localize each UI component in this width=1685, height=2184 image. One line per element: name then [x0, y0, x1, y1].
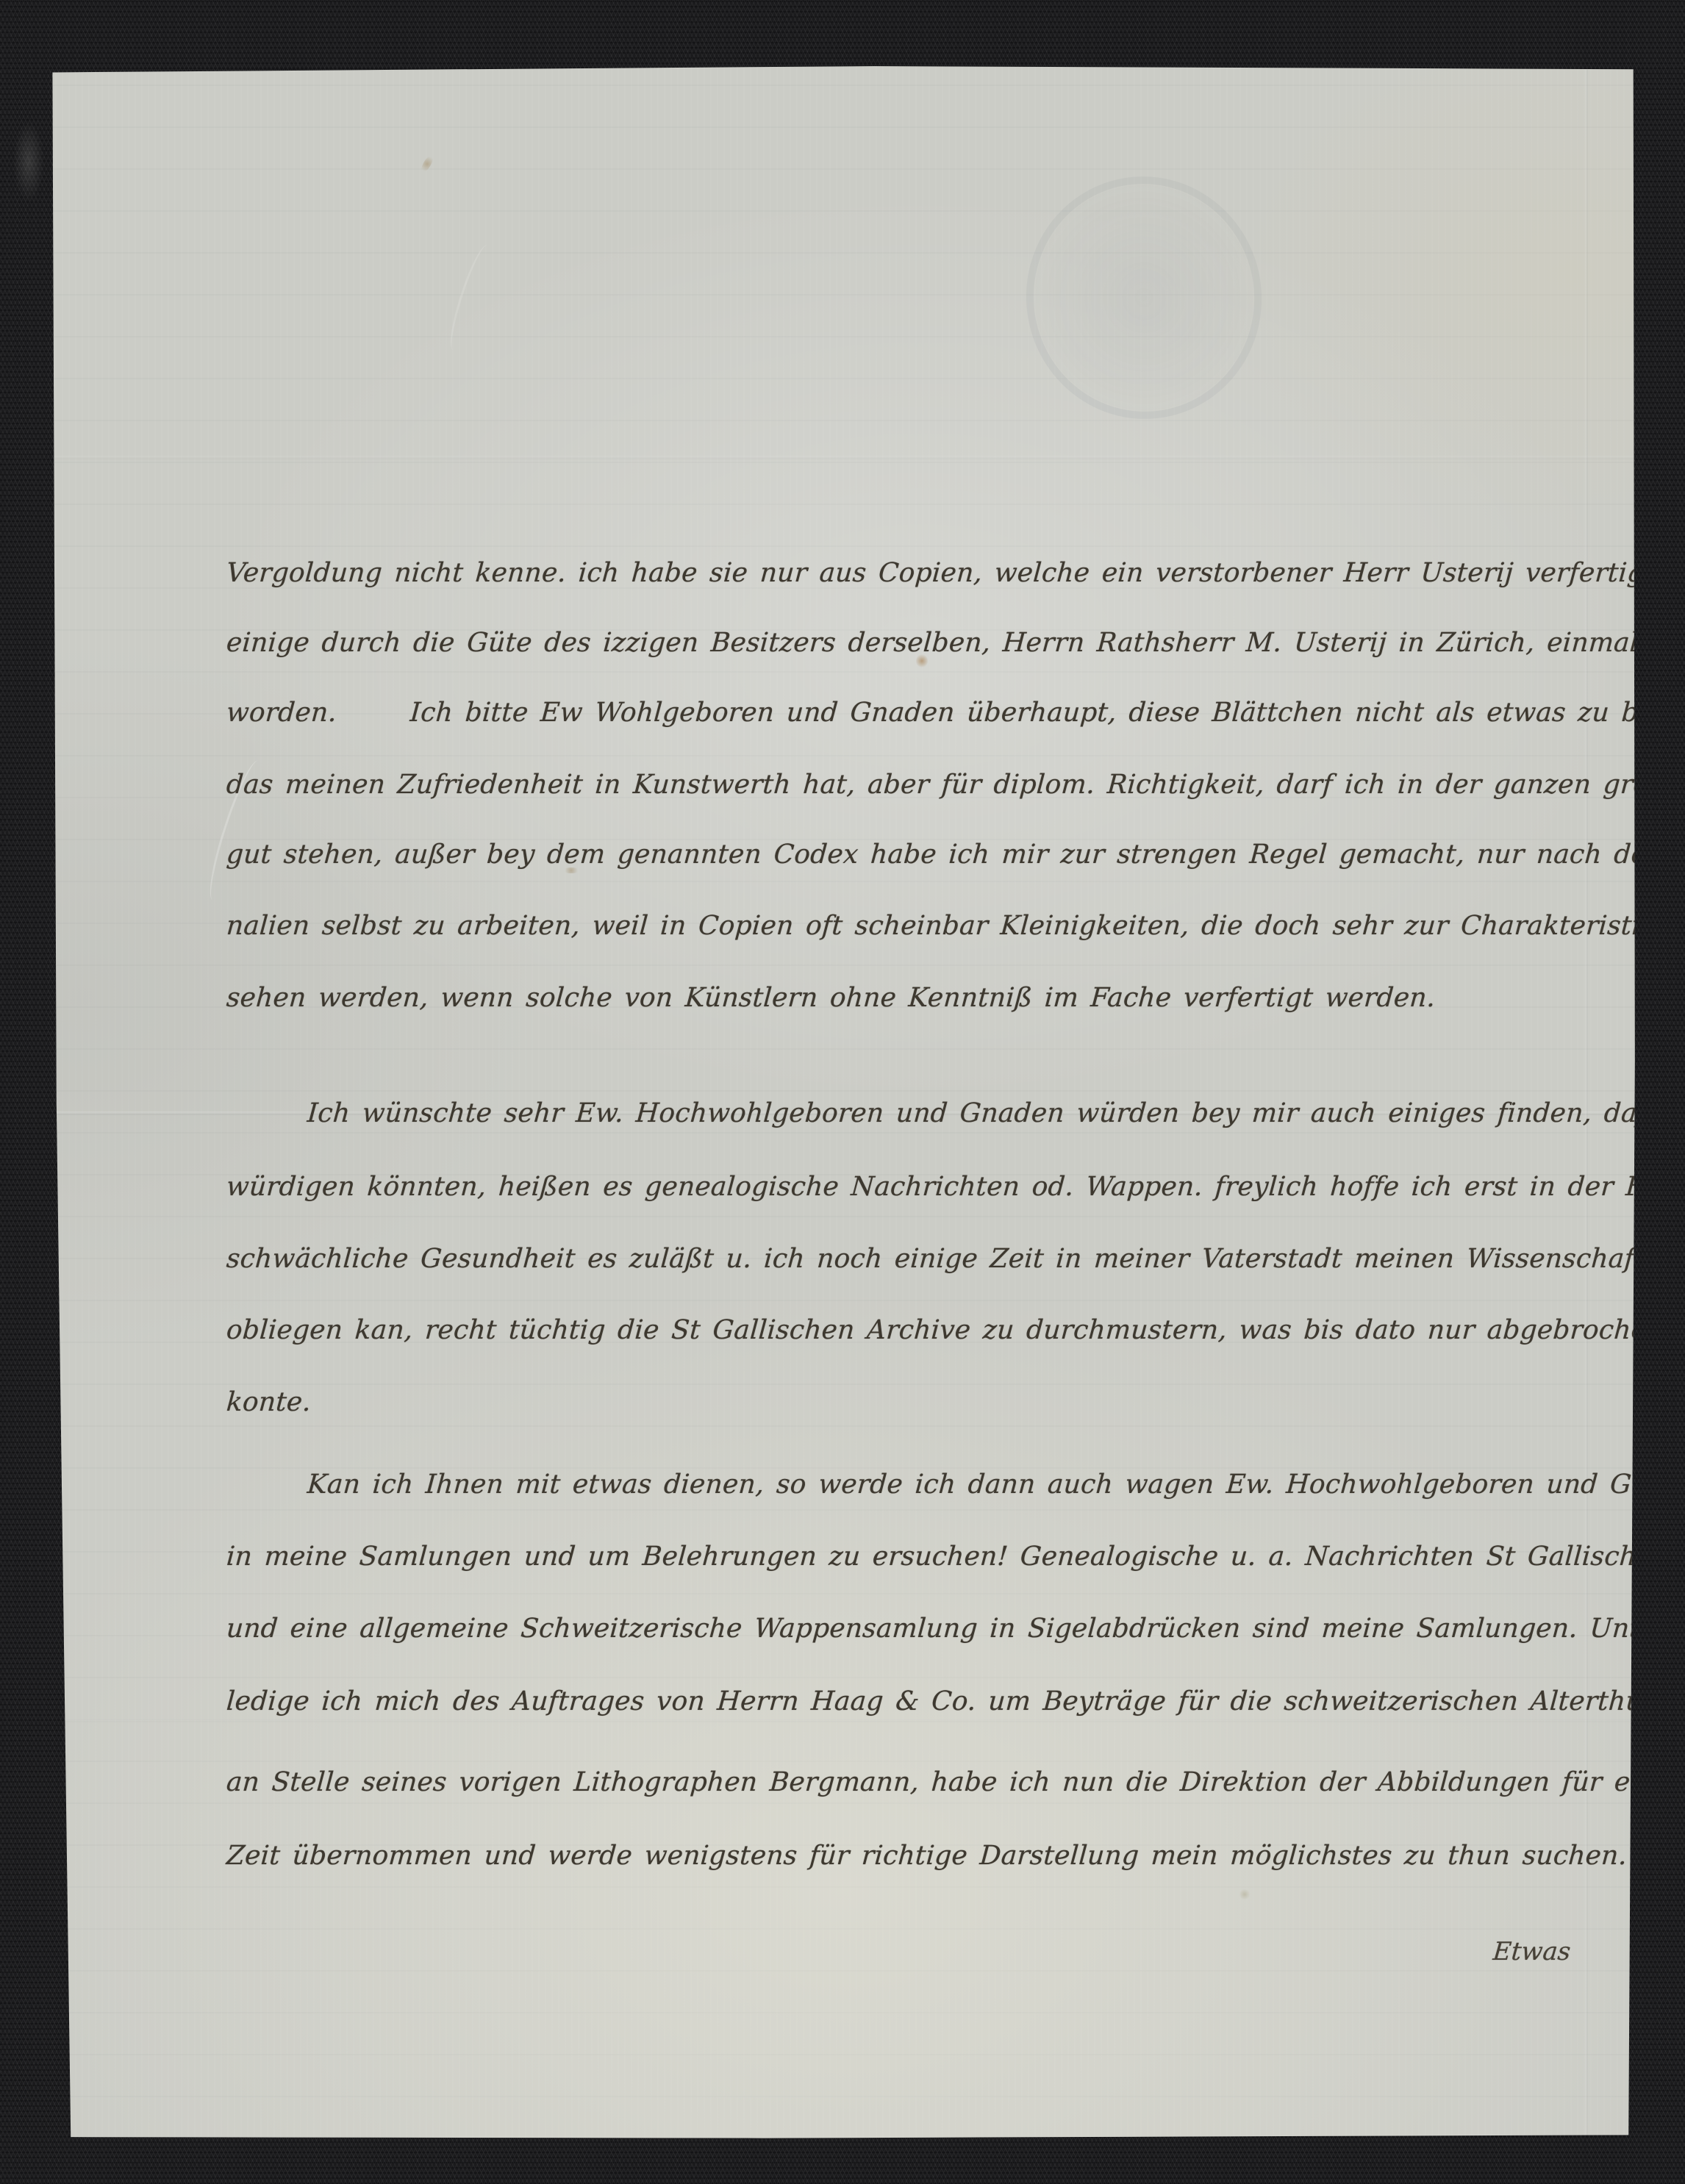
handwritten-line: nalien selbst zu arbeiten, weil in Copie… [225, 910, 1609, 942]
handwritten-line: würdigen könnten, heißen es genealogisch… [225, 1171, 1609, 1203]
handwritten-line: konte. [225, 1386, 1609, 1418]
handwritten-line: Zeit übernommen und werde wenigstens für… [225, 1840, 1609, 1872]
handwritten-line: an Stelle seines vorigen Lithographen Be… [225, 1766, 1609, 1798]
stamp-showthrough [1011, 161, 1278, 434]
handwritten-line: Vergoldung nicht kenne. ich habe sie nur… [225, 557, 1609, 589]
handwritten-line: sehen werden, wenn solche von Künstlern … [225, 982, 1609, 1014]
paper-stain [1239, 1889, 1250, 1900]
catchword: Etwas [1492, 1937, 1572, 1966]
handwritten-line: das meinen Zufriedenheit in Kunstwerth h… [225, 769, 1609, 801]
handwritten-line: Kan ich Ihnen mit etwas dienen, so werde… [306, 1469, 1609, 1500]
fold-crease-horizontal [49, 456, 1636, 459]
handwritten-line: in meine Samlungen und um Belehrungen zu… [225, 1541, 1609, 1572]
fold-crease-horizontal [49, 1719, 1636, 1722]
fabric-backdrop: Vergoldung nicht kenne. ich habe sie nur… [0, 0, 1685, 2184]
handwritten-line: und eine allgemeine Schweitzerische Wapp… [225, 1613, 1609, 1644]
handwritten-line: ledige ich mich des Auftrages von Herrn … [225, 1686, 1609, 1717]
handwritten-line: Ich wünschte sehr Ew. Hochwohlgeboren un… [306, 1098, 1609, 1129]
backdrop-edge-mark [13, 121, 44, 202]
paper-wrinkle [443, 242, 496, 353]
paper-stain [419, 154, 435, 174]
handwritten-line: schwächliche Gesundheit es zuläßt u. ich… [225, 1243, 1609, 1275]
handwritten-line: worden. Ich bitte Ew Wohlgeboren und Gna… [225, 697, 1609, 728]
handwritten-line: gut stehen, außer bey dem genannten Code… [225, 839, 1609, 870]
letter-page: Vergoldung nicht kenne. ich habe sie nur… [49, 66, 1636, 2139]
handwritten-line: obliegen kan, recht tüchtig die St Galli… [225, 1314, 1609, 1346]
handwritten-line: einige durch die Güte des izzigen Besitz… [225, 627, 1609, 659]
